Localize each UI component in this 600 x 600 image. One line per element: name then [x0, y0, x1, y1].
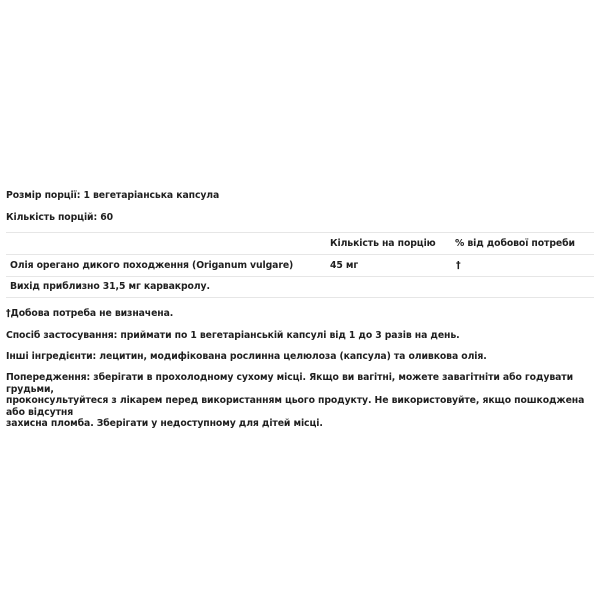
header-daily-value: % від добової потреби	[455, 238, 575, 249]
ingredient-name: Олія орегано дикого походження (Origanum…	[10, 260, 293, 271]
warning-line: Попередження: зберігати в прохолодному с…	[6, 372, 596, 395]
footnote: †Добова потреба не визначена.	[6, 308, 173, 319]
other-ingredients: Інші інгредієнти: лецитин, модифікована …	[6, 351, 487, 362]
header-amount: Кількість на порцію	[330, 238, 436, 249]
serving-size: Розмір порції: 1 вегетаріанська капсула	[6, 190, 219, 201]
divider	[6, 232, 594, 233]
usage-directions: Спосіб застосування: приймати по 1 вегет…	[6, 330, 460, 341]
warning: Попередження: зберігати в прохолодному с…	[6, 372, 596, 430]
divider	[6, 254, 594, 255]
servings-count: Кількість порцій: 60	[6, 212, 113, 223]
ingredient-note: Вихід приблизно 31,5 мг карвакролу.	[10, 281, 210, 292]
divider	[6, 276, 594, 277]
ingredient-amount: 45 мг	[330, 260, 358, 271]
divider	[6, 297, 594, 298]
warning-line: проконсультуйтеся з лікарем перед викори…	[6, 395, 596, 418]
warning-line: захисна пломба. Зберігати у недоступному…	[6, 418, 596, 430]
ingredient-daily-value: †	[456, 260, 461, 271]
